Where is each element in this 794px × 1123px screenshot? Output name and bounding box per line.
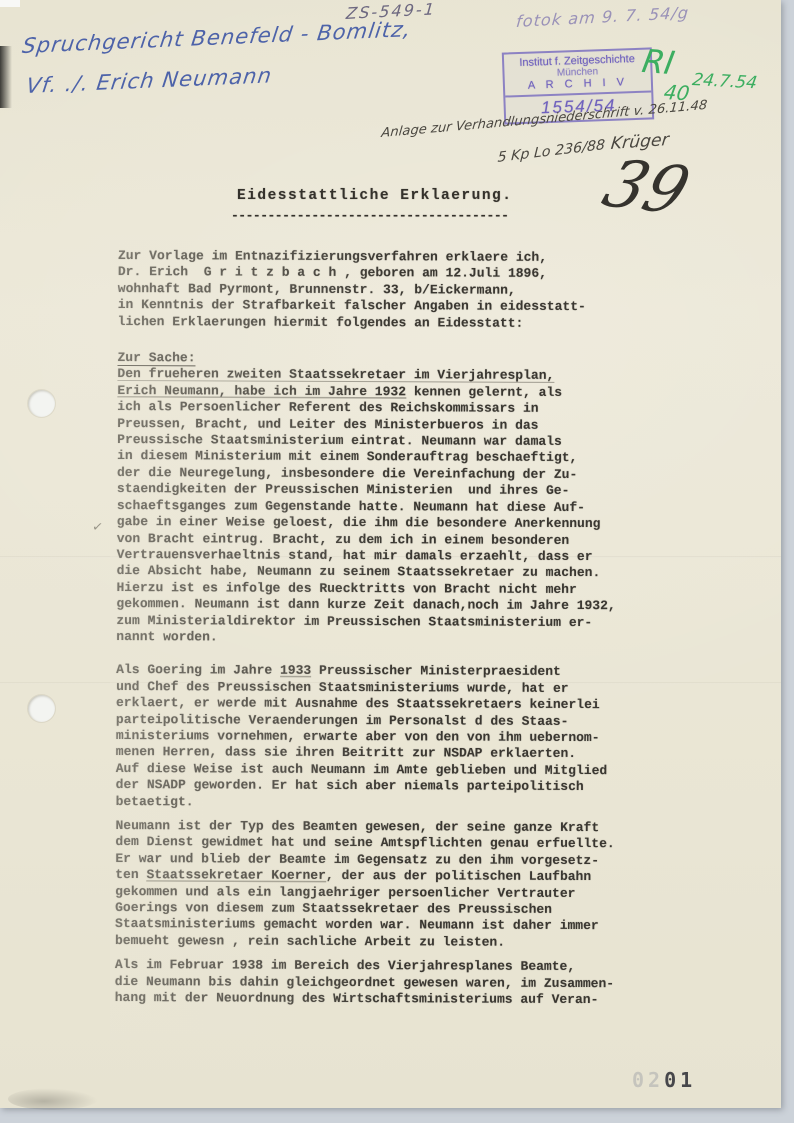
typed-text: ministeriums vornehmen, erwarte aber von…	[116, 728, 600, 745]
typed-text: schaeftsganges zum Gegenstande hatte. Ne…	[117, 498, 585, 515]
paragraph: Zur Sache:Den frueheren zweiten Staatsse…	[116, 350, 757, 648]
case-number-note: 5 Kp Lo 236/88	[497, 137, 605, 166]
smudge-bottom-left	[8, 1088, 98, 1110]
underlined-text: 1933	[280, 663, 311, 678]
typed-text: Als im Februar 1938 im Bereich des Vierj…	[115, 957, 575, 974]
typed-line: nannt worden.	[116, 629, 756, 648]
page-stamp-number: 0201	[632, 1068, 696, 1092]
paragraph: Als im Februar 1938 im Bereich des Vierj…	[115, 957, 755, 1009]
page-stamp-dark-digits: 01	[664, 1068, 696, 1092]
typed-text: menen Herren, dass sie ihren Beitritt zu…	[116, 744, 576, 761]
typed-line: hang mit der Neuordnung des Wirtschaftsm…	[115, 990, 755, 1009]
typed-text: die Neumann bis dahin gleichgeordnet gew…	[115, 974, 614, 991]
paper-corner-notch	[0, 0, 20, 7]
typed-text: Staatsministeriums gemacht worden war. N…	[115, 916, 599, 933]
typed-line: lichen Erklaerungen hiermit folgendes an…	[118, 314, 758, 333]
typed-text: der NSADP geworden. Er hat sich aber nie…	[116, 777, 584, 794]
typed-text: staendigkeiten der Preussischen Minister…	[117, 481, 570, 498]
paragraph: Als Goering im Jahre 1933 Preussischer M…	[116, 662, 757, 812]
typed-line: bemueht gewesn , rein sachliche Arbeit z…	[115, 933, 755, 952]
typed-text: ich als Persoenlicher Referent des Reich…	[117, 399, 538, 416]
typed-text: Preussische Staatsministerium eintrat. N…	[117, 432, 562, 449]
file-reference-note: ZS-549-1	[345, 0, 437, 23]
typed-text: und Chef des Preussischen Staatsminister…	[116, 679, 569, 696]
typed-text: wohnhaft Bad Pyrmont, Brunnenstr. 33, b/…	[118, 281, 516, 298]
typed-text: Hierzu ist es infolge des Ruecktritts vo…	[116, 580, 576, 597]
typed-text: Goerings von diesem zum Staatssekretaer …	[115, 900, 552, 917]
typed-text: Dr. Erich G r i t z b a c h , geboren am…	[118, 264, 547, 281]
photo-date-note: fotok am 9. 7. 54/g	[515, 3, 690, 31]
typed-text: die Absicht habe, Neumann zu seinem Staa…	[117, 563, 601, 580]
typed-text: gekommen. Neumann ist dann kurze Zeit da…	[116, 596, 615, 613]
handwritten-court-note-line2: Vf. ./. Erich Neumann	[25, 63, 274, 98]
document-title: Eidesstattliche Erklaerung.	[237, 188, 512, 204]
typed-text: bemueht gewesn , rein sachliche Arbeit z…	[115, 933, 505, 950]
typed-text: Auf diese Weise ist auch Neumann im Amte…	[116, 761, 608, 778]
typed-text: gabe in einer Weise geloest, die ihm die…	[117, 514, 601, 531]
typed-text: von Bracht eintrug. Bracht, zu dem ich i…	[117, 530, 570, 547]
handwritten-court-note-line1: Spruchgericht Benefeld - Bomlitz,	[21, 17, 413, 58]
page-stamp-faint-digits: 02	[632, 1068, 664, 1092]
page-number-39: 39	[595, 152, 696, 224]
typed-text: Als Goering im Jahre	[116, 662, 280, 678]
underlined-text: Staatssekretaer Koerner	[146, 867, 326, 883]
typed-line: betaetigt.	[116, 794, 756, 813]
typed-text: nannt worden.	[116, 629, 217, 644]
underlined-text: Den frueheren zweiten Staatssekretaer im…	[117, 366, 554, 383]
typed-text: Preussen, Bracht, und Leiter des Ministe…	[117, 416, 538, 433]
paragraph: Neumann ist der Typ des Beamten gewesen,…	[115, 818, 756, 952]
typed-text: in diesem Ministerium mit einem Sonderau…	[117, 448, 577, 465]
margin-checkmark: ✓	[91, 519, 104, 535]
typed-text: erklaert, er werde mit Ausnahme des Staa…	[116, 695, 600, 712]
hole-punch-bottom	[28, 695, 55, 722]
typed-text: ten	[115, 867, 146, 882]
typed-text: Zur Vorlage im Entnazifizierungsverfahre…	[118, 248, 547, 265]
typed-text: Vertrauensverhaeltnis stand, hat mir dam…	[117, 547, 593, 564]
underlined-text: Erich Neumann, habe ich im Jahre 1932	[117, 383, 406, 399]
paragraph: Zur Vorlage im Entnazifizierungsverfahre…	[118, 248, 758, 333]
typed-text: zum Ministerialdirektor im Preussischen …	[116, 613, 592, 630]
scan-backing: { "annotations": { "court_note_line1": "…	[0, 0, 794, 1123]
typed-text: der die Neuregelung, insbesondere die Ve…	[117, 465, 577, 482]
green-date-note: 24.7.54	[691, 70, 759, 93]
typed-line: der NSADP geworden. Er hat sich aber nie…	[116, 777, 756, 796]
typed-text: lichen Erklaerungen hiermit folgendes an…	[118, 314, 524, 331]
typed-text: parteipolitische Veraenderungen im Perso…	[116, 712, 569, 729]
document-page: Spruchgericht Benefeld - Bomlitz, Vf. ./…	[0, 0, 781, 1108]
hole-punch-top	[28, 390, 55, 417]
typed-text: Er war und blieb der Beamte im Gegensatz…	[115, 851, 599, 868]
typed-text: betaetigt.	[116, 794, 194, 809]
typed-text: dem Dienst gewidmet hat und seine Amtspf…	[115, 834, 614, 851]
typed-text: hang mit der Neuordnung des Wirtschaftsm…	[115, 990, 599, 1007]
typed-text: kennen gelernt, als	[406, 384, 562, 400]
typewriter-body: Zur Vorlage im Entnazifizierungsverfahre…	[115, 248, 758, 1026]
typed-text: Neumann ist der Typ des Beamten gewesen,…	[115, 818, 599, 835]
green-initials-note: RI	[639, 42, 677, 82]
title-underline: --------------------------------------	[231, 208, 508, 223]
typed-text: Preussischer Ministerpraesident	[311, 663, 561, 679]
edge-smudge-top-left	[0, 46, 12, 108]
typed-text: , der aus der politischen Laufbahn	[326, 868, 591, 884]
underlined-text: Zur Sache:	[117, 350, 195, 366]
typed-text: gekommen und als ein langjaehriger perso…	[115, 884, 575, 901]
typed-text: in Kenntnis der Strafbarkeit falscher An…	[118, 297, 586, 314]
